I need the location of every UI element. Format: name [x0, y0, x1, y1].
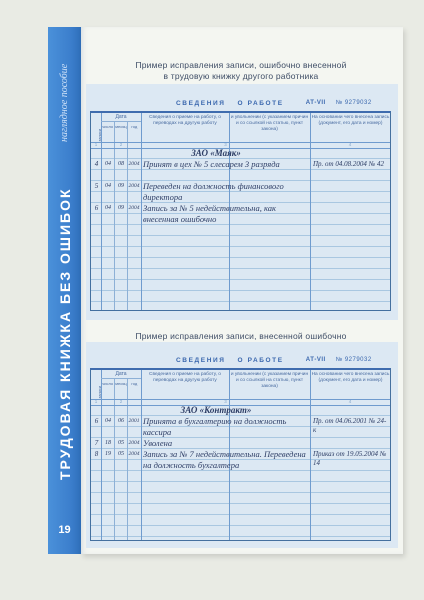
- form1-grid: № записи Дата число месяц год Сведения о…: [90, 111, 391, 311]
- record-no: 8: [92, 449, 101, 460]
- year-subheader: год: [128, 124, 141, 129]
- record-year: 2004: [127, 203, 141, 214]
- record-month: 05: [115, 449, 127, 460]
- record-entry: Принята в бухгалтерию на должность касси…: [143, 416, 313, 438]
- section2-title-line1: Пример исправления записи, внесенной оши…: [90, 331, 392, 342]
- form1-col-header-info-a: Сведения о приеме на работу, о переводах…: [142, 113, 228, 144]
- form1-col-header-info-b: и увольнении (с указанием причин и со сс…: [230, 113, 309, 144]
- record-day: 04: [102, 416, 114, 427]
- book-page-photo: ТРУДОВАЯ КНИЖКА БЕЗ ОШИБОК наглядное пос…: [0, 0, 424, 600]
- form1-col-header-date: Дата число месяц год: [101, 113, 141, 142]
- spine-book-title: ТРУДОВАЯ КНИЖКА БЕЗ ОШИБОК: [57, 120, 73, 480]
- record-day: 19: [102, 449, 114, 460]
- col-number: 2: [101, 399, 141, 405]
- form2-col-header-info-b: и увольнении (с указанием причин и со сс…: [230, 370, 309, 401]
- record-day: 04: [102, 159, 114, 170]
- record-basis: [313, 181, 389, 182]
- record-month: 06: [115, 416, 127, 427]
- form1-ruling-lines: [91, 148, 390, 310]
- record-month: 05: [115, 438, 127, 449]
- section1-title-line1: Пример исправления записи, ошибочно внес…: [90, 60, 392, 71]
- section2-title: Пример исправления записи, внесенной оши…: [90, 331, 392, 342]
- record-basis: Пр. от 04.06.2001 № 24-к: [313, 416, 389, 435]
- form2-col-header-info-a: Сведения о приеме на работу, о переводах…: [142, 370, 228, 401]
- month-subheader: месяц: [114, 124, 127, 129]
- section1-title-line2: в трудовую книжку другого работника: [90, 71, 392, 82]
- year-subheader: год: [128, 381, 141, 386]
- page-number: 19: [48, 524, 81, 536]
- form2-col-header-record-no: № записи: [91, 370, 101, 399]
- form1-organization-name: ЗАО «Маяк»: [141, 148, 291, 159]
- record-day: 04: [102, 203, 114, 214]
- date-subheaders: число месяц год: [101, 379, 141, 386]
- workbook-form-example-1: СВЕДЕНИЯ О РАБОТЕ АТ-VII № 9279032 № зап…: [90, 95, 391, 311]
- form2-col-header-date: Дата число месяц год: [101, 370, 141, 399]
- form2-grid: № записи Дата число месяц год Сведения о…: [90, 368, 391, 541]
- col-number: 1: [91, 399, 101, 405]
- form1-col-header-record-no: № записи: [91, 113, 101, 142]
- grid-line: [127, 122, 128, 310]
- record-basis: Пр. от 04.08.2004 № 42: [313, 159, 389, 169]
- record-no: 4: [92, 159, 101, 170]
- form2-series: АТ-VII: [306, 357, 326, 363]
- form1-col-header-basis: На основании чего внесена запись (докуме…: [311, 113, 390, 144]
- record-month: 08: [115, 159, 127, 170]
- form1-caption-word1: СВЕДЕНИЯ: [176, 100, 226, 107]
- record-entry: Запись за № 5 недействительна, как внесе…: [143, 203, 313, 225]
- form1-number: № 9279032: [336, 100, 372, 106]
- record-day: 18: [102, 438, 114, 449]
- spine-series-label: наглядное пособие: [59, 22, 70, 142]
- col-number: 4: [310, 399, 390, 405]
- grid-line: [114, 122, 115, 310]
- form1-series: АТ-VII: [306, 100, 326, 106]
- record-entry: Запись за № 7 недействительна. Переведен…: [143, 449, 313, 471]
- record-year: 2001: [127, 416, 141, 427]
- record-day: 04: [102, 181, 114, 192]
- col-number: 1: [91, 142, 101, 148]
- record-no: 5: [92, 181, 101, 192]
- date-subheaders: число месяц год: [101, 122, 141, 129]
- day-subheader: число: [101, 381, 114, 386]
- record-month: 09: [115, 181, 127, 192]
- form2-number: № 9279032: [336, 357, 372, 363]
- record-entry: Переведен на должность финансового дирек…: [143, 181, 313, 203]
- form2-caption-word2: О РАБОТЕ: [238, 357, 284, 364]
- record-year: 2004: [127, 449, 141, 460]
- col-number: 2: [101, 142, 141, 148]
- month-subheader: месяц: [114, 381, 127, 386]
- record-year: 2004: [127, 181, 141, 192]
- record-entry: Принят в цех № 5 слесарем 3 разряда: [143, 159, 313, 170]
- record-no: 6: [92, 203, 101, 214]
- workbook-form-example-2: СВЕДЕНИЯ О РАБОТЕ АТ-VII № 9279032 № зап…: [90, 352, 391, 541]
- record-year: 2004: [127, 438, 141, 449]
- col-number: 4: [310, 142, 390, 148]
- form2-caption: СВЕДЕНИЯ О РАБОТЕ АТ-VII № 9279032: [90, 352, 391, 368]
- record-basis: [313, 438, 389, 439]
- form2-caption-word1: СВЕДЕНИЯ: [176, 357, 226, 364]
- record-basis: Приказ от 19.05.2004 № 14: [313, 449, 389, 468]
- date-header-label: Дата: [101, 113, 141, 122]
- form2-organization-name: ЗАО «Контракт»: [141, 405, 291, 416]
- record-no: 6: [92, 416, 101, 427]
- form1-caption-word2: О РАБОТЕ: [238, 100, 284, 107]
- record-basis: [313, 203, 389, 204]
- record-month: 09: [115, 203, 127, 214]
- day-subheader: число: [101, 124, 114, 129]
- form1-caption: СВЕДЕНИЯ О РАБОТЕ АТ-VII № 9279032: [90, 95, 391, 111]
- record-year: 2004: [127, 159, 141, 170]
- date-header-label: Дата: [101, 370, 141, 379]
- section1-title: Пример исправления записи, ошибочно внес…: [90, 60, 392, 82]
- record-no: 7: [92, 438, 101, 449]
- record-entry: Уволена: [143, 438, 313, 449]
- form2-col-header-basis: На основании чего внесена запись (докуме…: [311, 370, 390, 401]
